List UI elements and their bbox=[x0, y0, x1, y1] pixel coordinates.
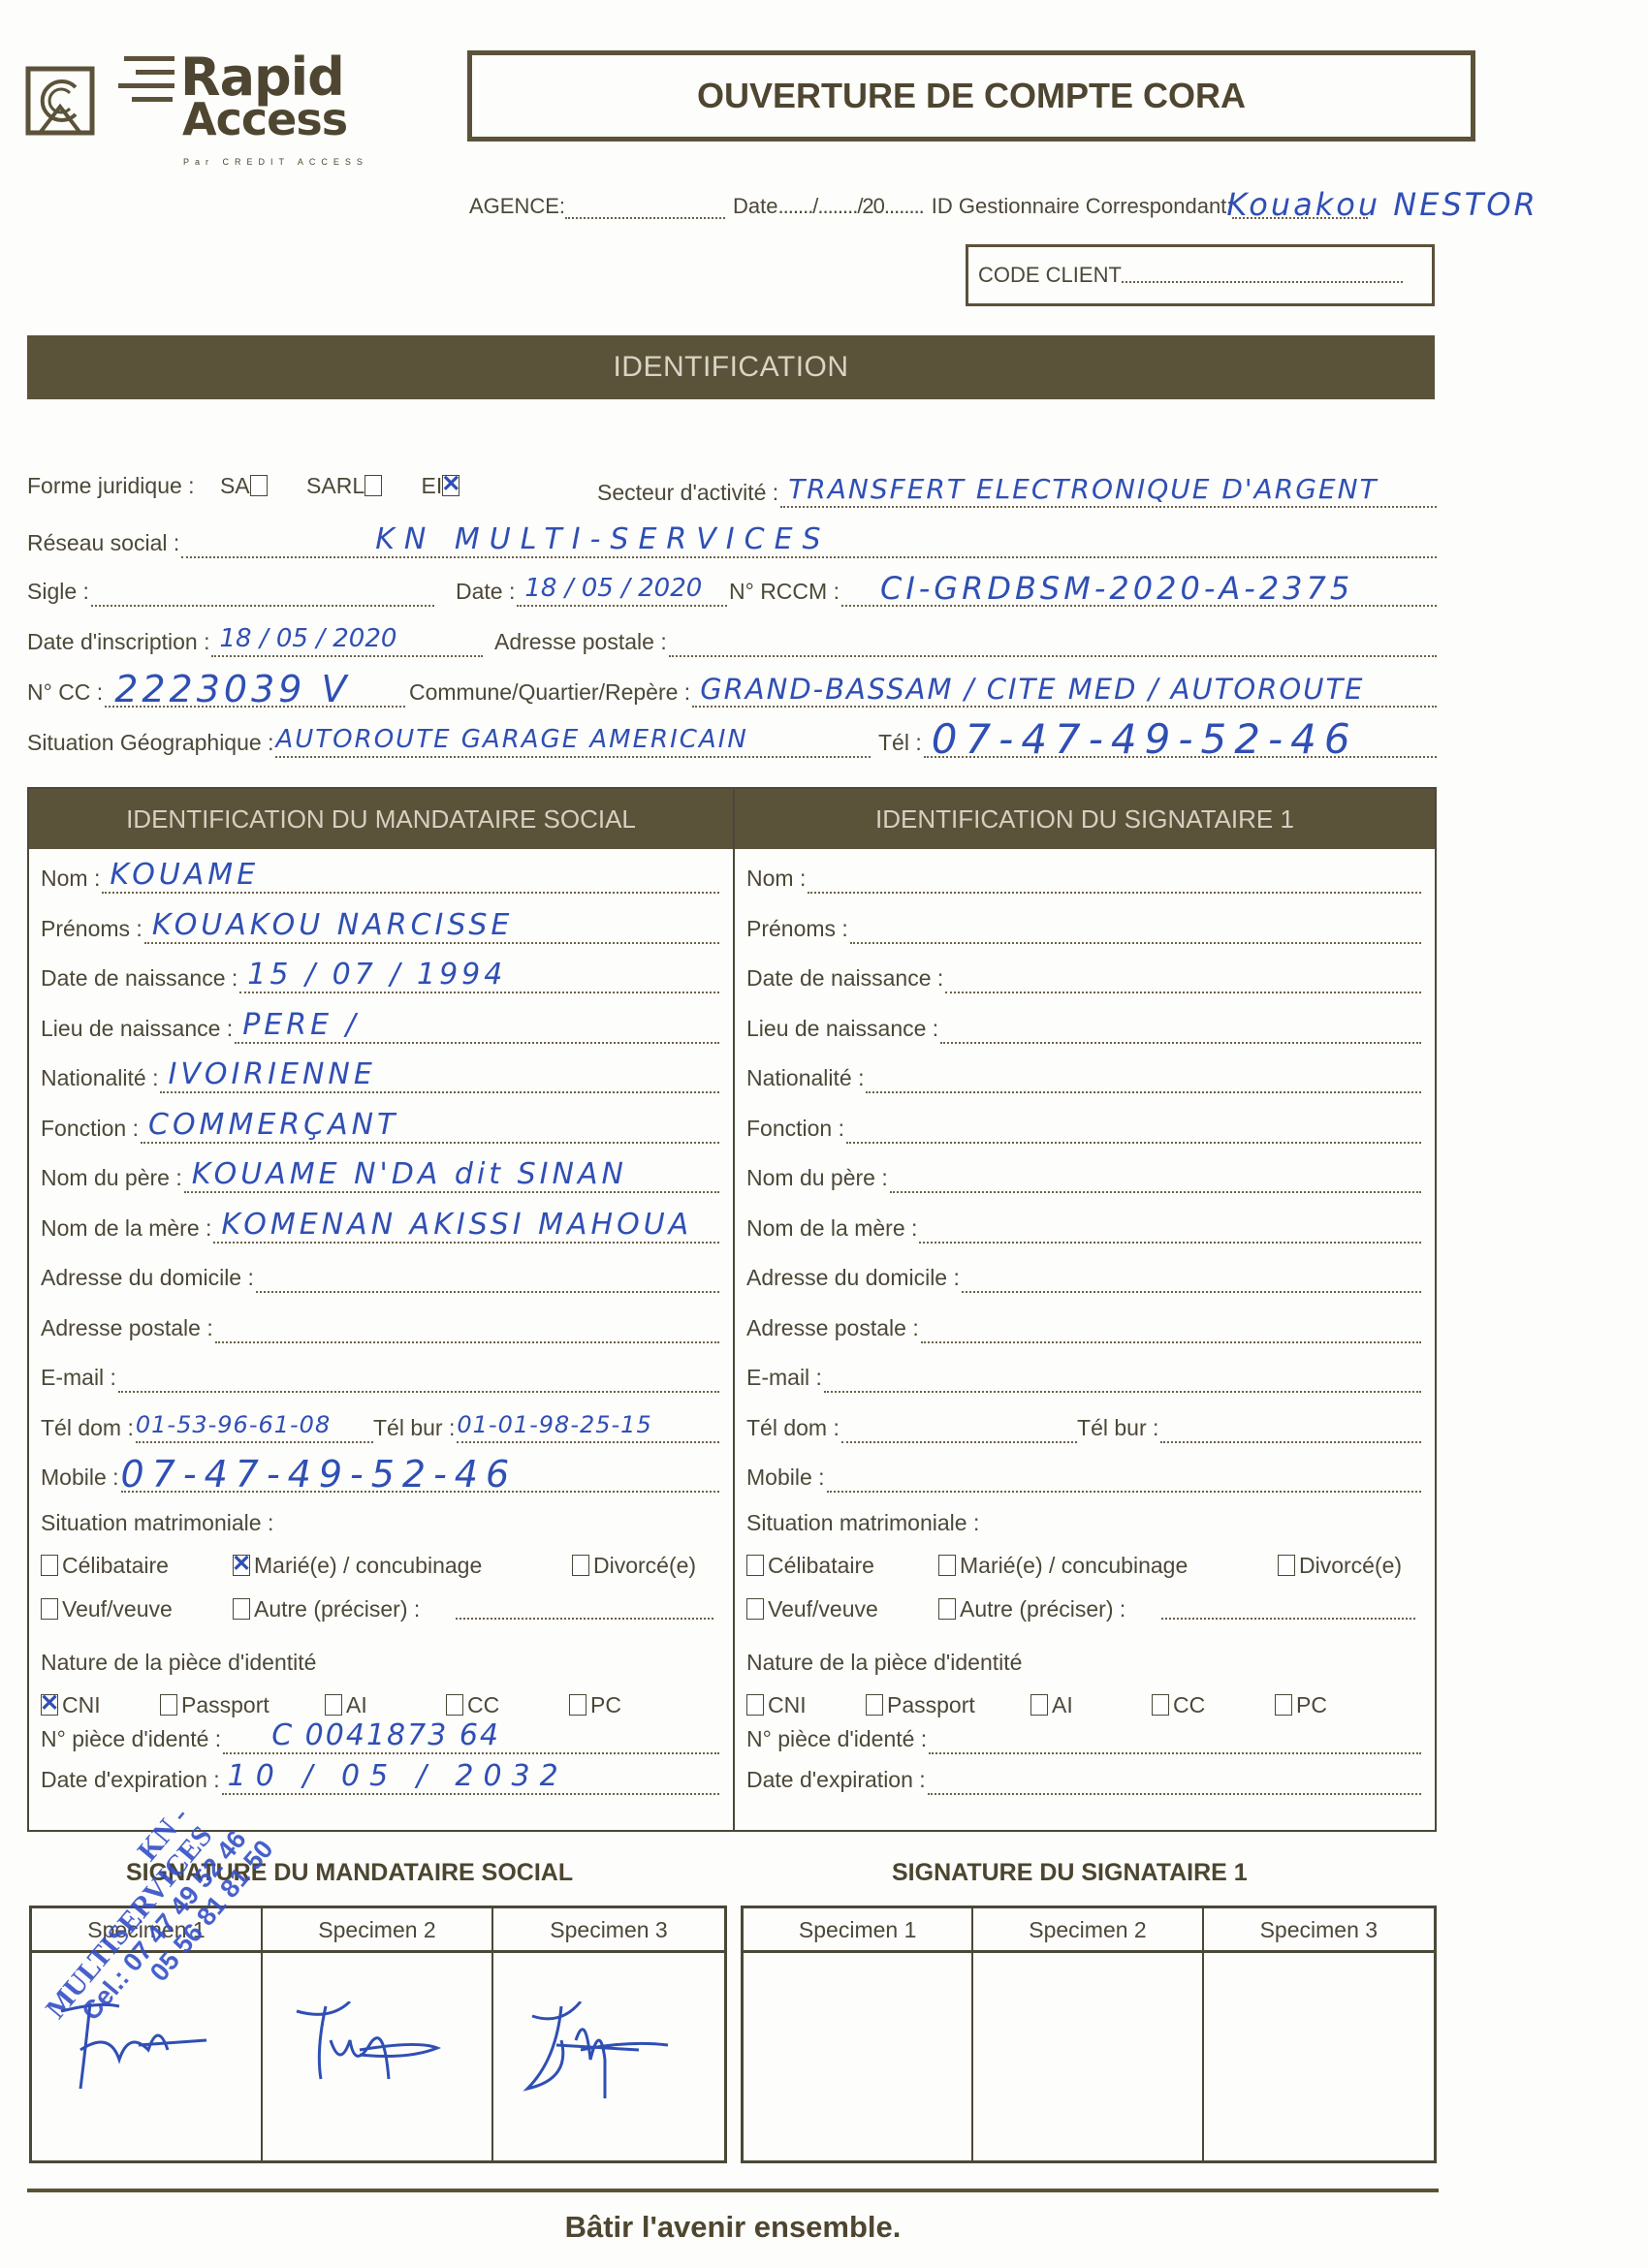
signataire-expiration-field[interactable]: Date d'expiration : bbox=[746, 1756, 1421, 1795]
secteur-value: TRANSFERT ELECTRONIQUE D'ARGENT bbox=[788, 473, 1378, 506]
checkbox[interactable] bbox=[446, 1694, 463, 1716]
checkbox[interactable] bbox=[1278, 1555, 1295, 1576]
code-client-field[interactable] bbox=[1122, 268, 1403, 283]
signataire-field[interactable]: Lieu de naissance : bbox=[746, 1005, 1421, 1044]
situation-option[interactable]: Marié(e) / concubinage bbox=[938, 1553, 1188, 1579]
brand-line2: Access bbox=[182, 93, 347, 145]
tel-dom-value: 01-53-96-61-08 bbox=[136, 1408, 331, 1441]
secteur-field[interactable]: Secteur d'activité : TRANSFERT ELECTRONI… bbox=[597, 469, 1437, 508]
commune-field[interactable]: Commune/Quartier/Repère : GRAND-BASSAM /… bbox=[409, 669, 1437, 708]
piece-label: Nature de la pièce d'identité bbox=[41, 1650, 316, 1676]
reseau-value: KN MULTI-SERVICES bbox=[375, 523, 830, 556]
forme-juridique-label: Forme juridique : bbox=[27, 473, 195, 498]
creation-date-field[interactable]: Date : 18 / 05 / 2020 bbox=[456, 568, 727, 607]
piece-label: Nature de la pièce d'identité bbox=[746, 1650, 1022, 1676]
mandataire-field[interactable]: Nom du père : KOUAME N'DA dit SINAN bbox=[41, 1154, 719, 1193]
piece-option[interactable]: AI bbox=[1030, 1692, 1073, 1718]
option-ei[interactable]: EI bbox=[422, 473, 464, 498]
mandataire-num-piece-field[interactable]: N° pièce d'identé : C 0041873 64 bbox=[41, 1716, 719, 1754]
checkbox-sarl[interactable] bbox=[364, 475, 382, 496]
signataire-panel: IDENTIFICATION DU SIGNATAIRE 1 Nom : Pré… bbox=[733, 787, 1437, 1832]
field-label: Nom : bbox=[746, 866, 806, 894]
commune-label: Commune/Quartier/Repère : bbox=[409, 679, 690, 708]
num-piece-value: C 0041873 64 bbox=[271, 1719, 500, 1752]
code-client-label: CODE CLIENT bbox=[978, 263, 1122, 288]
tel-bur-label: Tél bur : bbox=[1077, 1415, 1158, 1443]
signataire-field[interactable]: Prénoms : bbox=[746, 905, 1421, 944]
field-label: Nationalité : bbox=[41, 1065, 158, 1093]
field-label: Prénoms : bbox=[746, 916, 848, 944]
tel-value: 07-47-49-52-46 bbox=[932, 723, 1358, 756]
mobile-label: Mobile : bbox=[746, 1465, 825, 1493]
sigle-label: Sigle : bbox=[27, 579, 89, 607]
footer-slogan: Bâtir l'avenir ensemble. bbox=[0, 2210, 1466, 2245]
commune-value: GRAND-BASSAM / CITE MED / AUTOROUTE bbox=[700, 673, 1364, 706]
field-label: Fonction : bbox=[746, 1116, 844, 1144]
signature-cell[interactable] bbox=[744, 1953, 973, 2160]
signataire-tel-dom-field[interactable]: Tél dom : bbox=[746, 1404, 1077, 1443]
tel-bur-label: Tél bur : bbox=[373, 1415, 455, 1443]
field-value: KOMENAN AKISSI MAHOUA bbox=[221, 1209, 692, 1242]
option-sa[interactable]: SA bbox=[220, 473, 271, 498]
signature-mark bbox=[523, 2001, 687, 2108]
tel-label: Tél : bbox=[878, 730, 922, 758]
field-label: Date de naissance : bbox=[746, 965, 943, 993]
autre-field[interactable] bbox=[1161, 1618, 1415, 1620]
checkbox[interactable] bbox=[866, 1694, 883, 1716]
piece-option[interactable]: CC bbox=[1152, 1692, 1205, 1718]
date-field[interactable]: ......./......../20........ bbox=[778, 194, 924, 219]
agence-field[interactable] bbox=[565, 200, 725, 219]
brand-tagline: Par CREDIT ACCESS bbox=[183, 157, 368, 167]
signataire-header: IDENTIFICATION DU SIGNATAIRE 1 bbox=[735, 789, 1435, 849]
specimen-header: Specimen 3 bbox=[1204, 1908, 1434, 1953]
signataire-field[interactable]: Nom : bbox=[746, 855, 1421, 894]
reseau-field[interactable]: Réseau social : KN MULTI-SERVICES bbox=[27, 520, 1437, 558]
adresse-postale-label: Adresse postale : bbox=[494, 629, 667, 657]
field-value: COMMERÇANT bbox=[148, 1109, 398, 1142]
mandataire-tel-dom-field[interactable]: Tél dom : 01-53-96-61-08 bbox=[41, 1404, 373, 1443]
piece-option[interactable]: Passport bbox=[160, 1692, 269, 1718]
specimen-header: Specimen 2 bbox=[973, 1908, 1203, 1953]
signataire-mobile-field[interactable]: Mobile : bbox=[746, 1454, 1421, 1493]
option-sarl[interactable]: SARL bbox=[306, 473, 386, 498]
signature-cell[interactable] bbox=[263, 1953, 493, 2160]
rccm-field[interactable]: N° RCCM : CI-GRDBSM-2020-A-2375 bbox=[729, 568, 1437, 607]
mandataire-field[interactable]: Prénoms : KOUAKOU NARCISSE bbox=[41, 905, 719, 944]
checkbox-ei[interactable] bbox=[442, 475, 460, 496]
specimen-header: Specimen 2 bbox=[263, 1908, 493, 1953]
gestionnaire-value: Kouakou NESTOR bbox=[1226, 186, 1537, 223]
meta-row: AGENCE: Date ......./......../20........… bbox=[469, 194, 1368, 219]
situation-option[interactable]: Autre (préciser) : bbox=[233, 1596, 420, 1622]
field-label: E-mail : bbox=[41, 1365, 116, 1393]
signataire-field[interactable]: Adresse postale : bbox=[746, 1305, 1421, 1343]
gestionnaire-field[interactable]: Kouakou NESTOR bbox=[1232, 200, 1368, 219]
signataire-signature-title: SIGNATURE DU SIGNATAIRE 1 bbox=[892, 1859, 1248, 1887]
signataire-field[interactable]: Adresse du domicile : bbox=[746, 1254, 1421, 1293]
mandataire-title: IDENTIFICATION DU MANDATAIRE SOCIAL bbox=[126, 804, 636, 835]
field-label: E-mail : bbox=[746, 1365, 822, 1393]
situation-geo-value: AUTOROUTE GARAGE AMERICAIN bbox=[275, 723, 747, 756]
checkbox[interactable] bbox=[1152, 1694, 1169, 1716]
situation-option[interactable]: Veuf/veuve bbox=[746, 1596, 878, 1622]
inscription-field[interactable]: Date d'inscription : 18 / 05 / 2020 bbox=[27, 618, 483, 657]
ca-monogram-icon bbox=[25, 66, 99, 140]
checkbox[interactable] bbox=[160, 1694, 177, 1716]
tel-field[interactable]: Tél : 07-47-49-52-46 bbox=[878, 719, 1437, 758]
signature-cell[interactable] bbox=[493, 1953, 724, 2160]
mandataire-field[interactable]: E-mail : bbox=[41, 1354, 719, 1393]
piece-option[interactable]: Passport bbox=[866, 1692, 975, 1718]
mandataire-mobile-field[interactable]: Mobile : 07-47-49-52-46 bbox=[41, 1454, 719, 1493]
checkbox[interactable] bbox=[1030, 1694, 1048, 1716]
specimen-header: Specimen 3 bbox=[493, 1908, 724, 1953]
forme-juridique-row: Forme juridique : SA SARL EI bbox=[27, 473, 463, 499]
situation-option[interactable]: Divorcé(e) bbox=[1278, 1553, 1402, 1579]
checkbox[interactable] bbox=[41, 1694, 58, 1716]
signataire-signature-table: Specimen 1 Specimen 2 Specimen 3 bbox=[741, 1906, 1437, 2163]
num-piece-label: N° pièce d'identé : bbox=[746, 1726, 927, 1754]
field-value: IVOIRIENNE bbox=[168, 1058, 375, 1091]
field-label: Nom de la mère : bbox=[746, 1215, 917, 1244]
situation-option[interactable]: Célibataire bbox=[41, 1553, 169, 1579]
piece-option[interactable]: CNI bbox=[746, 1692, 807, 1718]
signataire-field[interactable]: Nom de la mère : bbox=[746, 1205, 1421, 1244]
code-client-box: CODE CLIENT bbox=[966, 244, 1435, 306]
reseau-label: Réseau social : bbox=[27, 530, 179, 558]
checkbox[interactable] bbox=[746, 1555, 764, 1576]
checkbox[interactable] bbox=[325, 1694, 342, 1716]
ncc-field[interactable]: N° CC : 2223039 V bbox=[27, 669, 405, 708]
tel-dom-label: Tél dom : bbox=[41, 1415, 134, 1443]
checkbox[interactable] bbox=[233, 1555, 250, 1576]
field-value: KOUAME N'DA dit SINAN bbox=[192, 1158, 627, 1191]
mobile-value: 07-47-49-52-46 bbox=[121, 1458, 518, 1491]
signataire-field[interactable]: E-mail : bbox=[746, 1354, 1421, 1393]
situation-geo-field[interactable]: Situation Géographique : AUTOROUTE GARAG… bbox=[27, 719, 871, 758]
field-label: Adresse postale : bbox=[41, 1315, 213, 1343]
field-value: PERE / bbox=[242, 1009, 360, 1042]
checkbox[interactable] bbox=[41, 1555, 58, 1576]
field-label: Adresse du domicile : bbox=[41, 1265, 254, 1293]
piece-option[interactable]: PC bbox=[569, 1692, 621, 1718]
expiration-value: 10 / 05 / 2032 bbox=[228, 1760, 568, 1793]
checkbox[interactable] bbox=[569, 1694, 586, 1716]
field-label: Prénoms : bbox=[41, 916, 143, 944]
checkbox[interactable] bbox=[41, 1598, 58, 1620]
field-label: Nationalité : bbox=[746, 1065, 864, 1093]
signataire-field[interactable]: Nationalité : bbox=[746, 1055, 1421, 1093]
agence-label: AGENCE: bbox=[469, 194, 565, 219]
situation-option[interactable]: Divorcé(e) bbox=[572, 1553, 696, 1579]
field-label: Nom de la mère : bbox=[41, 1215, 211, 1244]
speed-lines-icon bbox=[118, 56, 176, 105]
checkbox[interactable] bbox=[746, 1694, 764, 1716]
signataire-field[interactable]: Date de naissance : bbox=[746, 955, 1421, 993]
piece-option[interactable]: PC bbox=[1275, 1692, 1327, 1718]
mandataire-field[interactable]: Fonction : COMMERÇANT bbox=[41, 1105, 719, 1144]
mandataire-expiration-field[interactable]: Date d'expiration : 10 / 05 / 2032 bbox=[41, 1756, 719, 1795]
specimen-header: Specimen 1 bbox=[744, 1908, 973, 1953]
piece-option[interactable]: CNI bbox=[41, 1692, 101, 1718]
gestionnaire-label: ID Gestionnaire Correspondant: bbox=[932, 194, 1233, 219]
checkbox[interactable] bbox=[938, 1555, 956, 1576]
signataire-num-piece-field[interactable]: N° pièce d'identé : bbox=[746, 1716, 1421, 1754]
situation-option[interactable]: Marié(e) / concubinage bbox=[233, 1553, 482, 1579]
date-label: Date bbox=[733, 194, 777, 219]
mandataire-field[interactable]: Nom de la mère : KOMENAN AKISSI MAHOUA bbox=[41, 1205, 719, 1244]
field-value: 15 / 07 / 1994 bbox=[247, 959, 506, 992]
situation-option[interactable]: Célibataire bbox=[746, 1553, 874, 1579]
footer-divider bbox=[27, 2189, 1439, 2192]
checkbox[interactable] bbox=[1275, 1694, 1292, 1716]
mandataire-field[interactable]: Nom : KOUAME bbox=[41, 855, 719, 894]
checkbox[interactable] bbox=[572, 1555, 589, 1576]
ncc-label: N° CC : bbox=[27, 679, 103, 708]
inscription-label: Date d'inscription : bbox=[27, 629, 209, 657]
situation-geo-label: Situation Géographique : bbox=[27, 730, 273, 758]
inscription-value: 18 / 05 / 2020 bbox=[219, 622, 396, 655]
mandataire-field[interactable]: Date de naissance : 15 / 07 / 1994 bbox=[41, 955, 719, 993]
creation-date-label: Date : bbox=[456, 579, 515, 607]
checkbox[interactable] bbox=[746, 1598, 764, 1620]
field-label: Adresse du domicile : bbox=[746, 1265, 960, 1293]
mandataire-field[interactable]: Adresse du domicile : bbox=[41, 1254, 719, 1293]
situation-option[interactable]: Veuf/veuve bbox=[41, 1596, 173, 1622]
mobile-label: Mobile : bbox=[41, 1465, 119, 1493]
checkbox-sa[interactable] bbox=[250, 475, 268, 496]
field-label: Fonction : bbox=[41, 1116, 139, 1144]
form-title-box: OUVERTURE DE COMPTE CORA bbox=[467, 50, 1475, 142]
rccm-value: CI-GRDBSM-2020-A-2375 bbox=[880, 572, 1353, 605]
signataire-field[interactable]: Fonction : bbox=[746, 1105, 1421, 1144]
ncc-value: 2223039 V bbox=[114, 673, 350, 706]
checkbox[interactable] bbox=[233, 1598, 250, 1620]
tel-bur-value: 01-01-98-25-15 bbox=[457, 1408, 651, 1441]
logo: Rapid Access Par CREDIT ACCESS bbox=[25, 54, 394, 171]
situation-label: Situation matrimoniale : bbox=[41, 1510, 273, 1536]
field-label: Lieu de naissance : bbox=[746, 1016, 938, 1044]
sigle-field[interactable]: Sigle : bbox=[27, 568, 434, 607]
mandataire-field[interactable]: Lieu de naissance : PERE / bbox=[41, 1005, 719, 1044]
situation-option[interactable]: Autre (préciser) : bbox=[938, 1596, 1125, 1622]
field-label: Date de naissance : bbox=[41, 965, 238, 993]
mandataire-field[interactable]: Nationalité : IVOIRIENNE bbox=[41, 1055, 719, 1093]
field-label: Lieu de naissance : bbox=[41, 1016, 233, 1044]
num-piece-label: N° pièce d'identé : bbox=[41, 1726, 221, 1754]
mandataire-tel-bur-field[interactable]: Tél bur : 01-01-98-25-15 bbox=[373, 1404, 719, 1443]
situation-label: Situation matrimoniale : bbox=[746, 1510, 979, 1536]
checkbox[interactable] bbox=[938, 1598, 956, 1620]
field-label: Nom du père : bbox=[746, 1165, 888, 1193]
rccm-label: N° RCCM : bbox=[729, 579, 840, 607]
secteur-label: Secteur d'activité : bbox=[597, 480, 778, 508]
field-value: KOUAKOU NARCISSE bbox=[152, 909, 514, 942]
tel-dom-label: Tél dom : bbox=[746, 1415, 840, 1443]
piece-option[interactable]: CC bbox=[446, 1692, 499, 1718]
field-value: KOUAME bbox=[110, 859, 259, 892]
identification-header: IDENTIFICATION bbox=[27, 335, 1435, 399]
form-title: OUVERTURE DE COMPTE CORA bbox=[697, 76, 1246, 116]
signataire-field[interactable]: Nom du père : bbox=[746, 1154, 1421, 1193]
signataire-title: IDENTIFICATION DU SIGNATAIRE 1 bbox=[875, 804, 1294, 835]
signature-cell[interactable] bbox=[973, 1953, 1203, 2160]
signataire-tel-bur-field[interactable]: Tél bur : bbox=[1077, 1404, 1421, 1443]
signature-mark bbox=[292, 2001, 457, 2098]
mandataire-field[interactable]: Adresse postale : bbox=[41, 1305, 719, 1343]
expiration-label: Date d'expiration : bbox=[746, 1767, 926, 1795]
field-label: Nom du père : bbox=[41, 1165, 182, 1193]
piece-option[interactable]: AI bbox=[325, 1692, 367, 1718]
adresse-postale-field[interactable]: Adresse postale : bbox=[494, 618, 1437, 657]
creation-date-value: 18 / 05 / 2020 bbox=[524, 572, 702, 605]
autre-field[interactable] bbox=[456, 1618, 713, 1620]
field-label: Adresse postale : bbox=[746, 1315, 919, 1343]
mandataire-panel: IDENTIFICATION DU MANDATAIRE SOCIAL Nom … bbox=[27, 787, 735, 1832]
signature-cell[interactable] bbox=[1204, 1953, 1434, 2160]
identification-title: IDENTIFICATION bbox=[613, 351, 848, 383]
mandataire-header: IDENTIFICATION DU MANDATAIRE SOCIAL bbox=[29, 789, 733, 849]
field-label: Nom : bbox=[41, 866, 100, 894]
